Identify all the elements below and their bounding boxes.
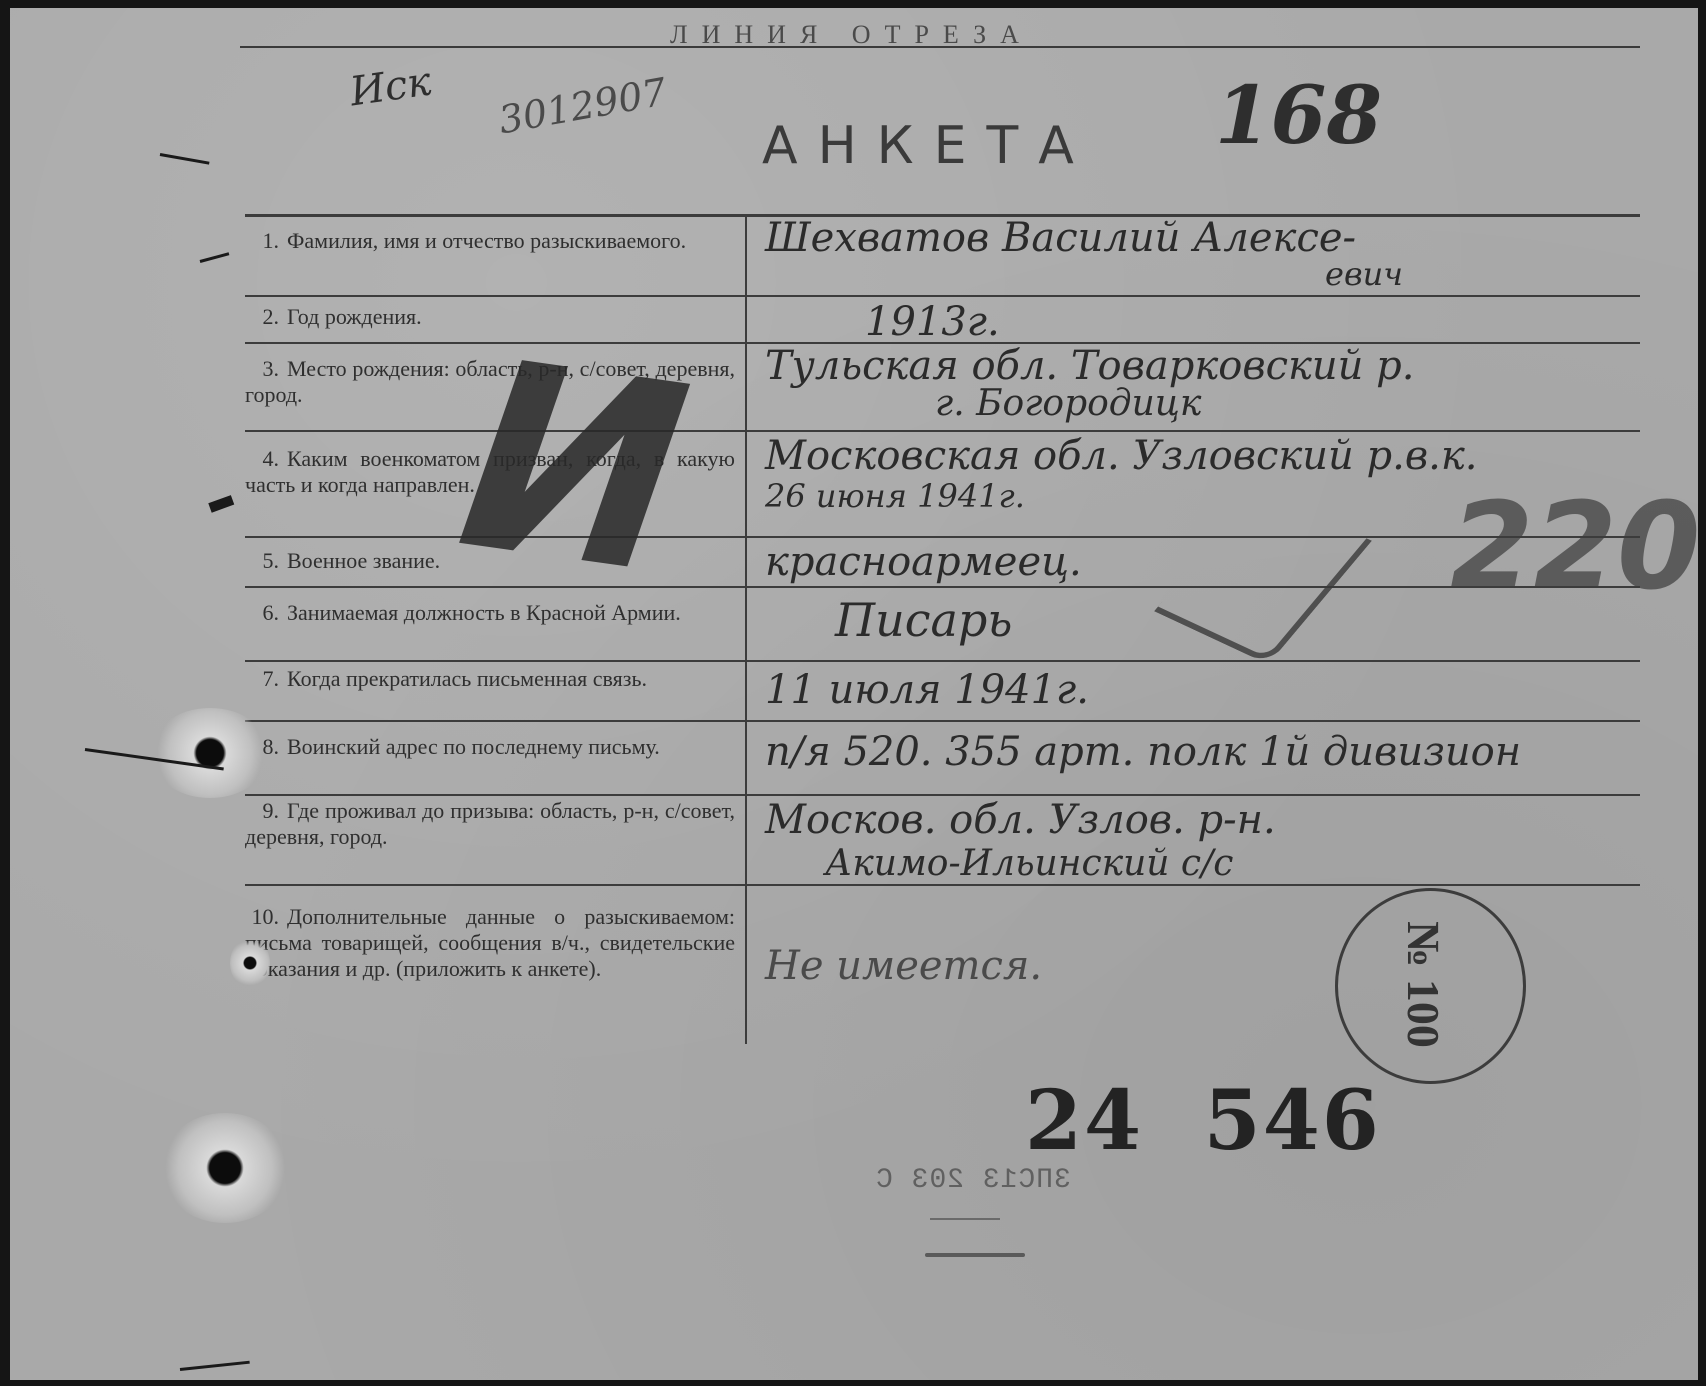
row-label-1: 1.Фамилия, имя и отчество разыскиваемого… — [245, 228, 735, 254]
paper-tear — [160, 153, 210, 165]
faint-stamp: 3ПС13 203 С — [875, 1165, 1071, 1196]
row-value-2: 1913г. — [865, 300, 1000, 344]
row-value-8: п/я 520. 355 арт. полк 1й дивизион — [765, 730, 1521, 774]
handwritten-number-top-right: 168 — [1215, 68, 1382, 162]
row-value-9: Москов. обл. Узлов. р-н. Акимо-Ильинский… — [765, 798, 1276, 886]
row-label-10: 10.Дополнительные данные о разыскиваемом… — [245, 904, 735, 982]
paper-tear — [180, 1361, 250, 1371]
faint-signature — [925, 1253, 1025, 1257]
punch-hole — [160, 1113, 290, 1223]
faint-line — [930, 1218, 1000, 1220]
row-value-5: красноармеец. — [765, 540, 1082, 584]
row-rule — [245, 430, 1640, 432]
paper-tear — [208, 495, 234, 513]
column-divider — [745, 214, 747, 1044]
row-value-6: Писарь — [835, 598, 1012, 642]
row-value-7: 11 июля 1941г. — [765, 668, 1089, 712]
row-rule — [245, 720, 1640, 722]
row-value-1: Шехватов Василий Алексе- евич — [765, 216, 1403, 296]
paper-tear — [200, 252, 230, 263]
pencil-mark-large: И — [445, 304, 703, 633]
row-rule — [245, 660, 1640, 662]
punch-hole — [230, 938, 270, 988]
handwritten-number-top: 3012907 — [495, 70, 669, 143]
document-title: АНКЕТА — [762, 116, 1094, 176]
row-label-8: 8.Воинский адрес по последнему письму. — [245, 734, 735, 760]
round-stamp-text: № 100 — [1397, 921, 1450, 1048]
row-rule — [245, 884, 1640, 886]
row-value-3: Тульская обл. Товарковский р. г. Богород… — [765, 344, 1414, 426]
pencil-number: 220 — [1450, 478, 1701, 617]
row-label-7: 7.Когда прекратилась письменная связь. — [245, 666, 735, 692]
questionnaire-sheet: ЛИНИЯ ОТРЕЗА Иск 3012907 АНКЕТА 168 1.Фа… — [10, 8, 1698, 1380]
registration-number: 24 546 — [1025, 1073, 1381, 1169]
row-rule — [245, 794, 1640, 796]
row-value-10: Не имеется. — [765, 944, 1042, 988]
row-value-4: Московская обл. Узловский р.в.к. 26 июня… — [765, 434, 1477, 518]
handwritten-note-top-left: Иск — [347, 59, 434, 116]
cut-line — [240, 46, 1640, 48]
punch-hole — [150, 708, 270, 798]
row-label-9: 9.Где проживал до призыва: область, р-н,… — [245, 798, 735, 850]
row-rule — [245, 295, 1640, 297]
